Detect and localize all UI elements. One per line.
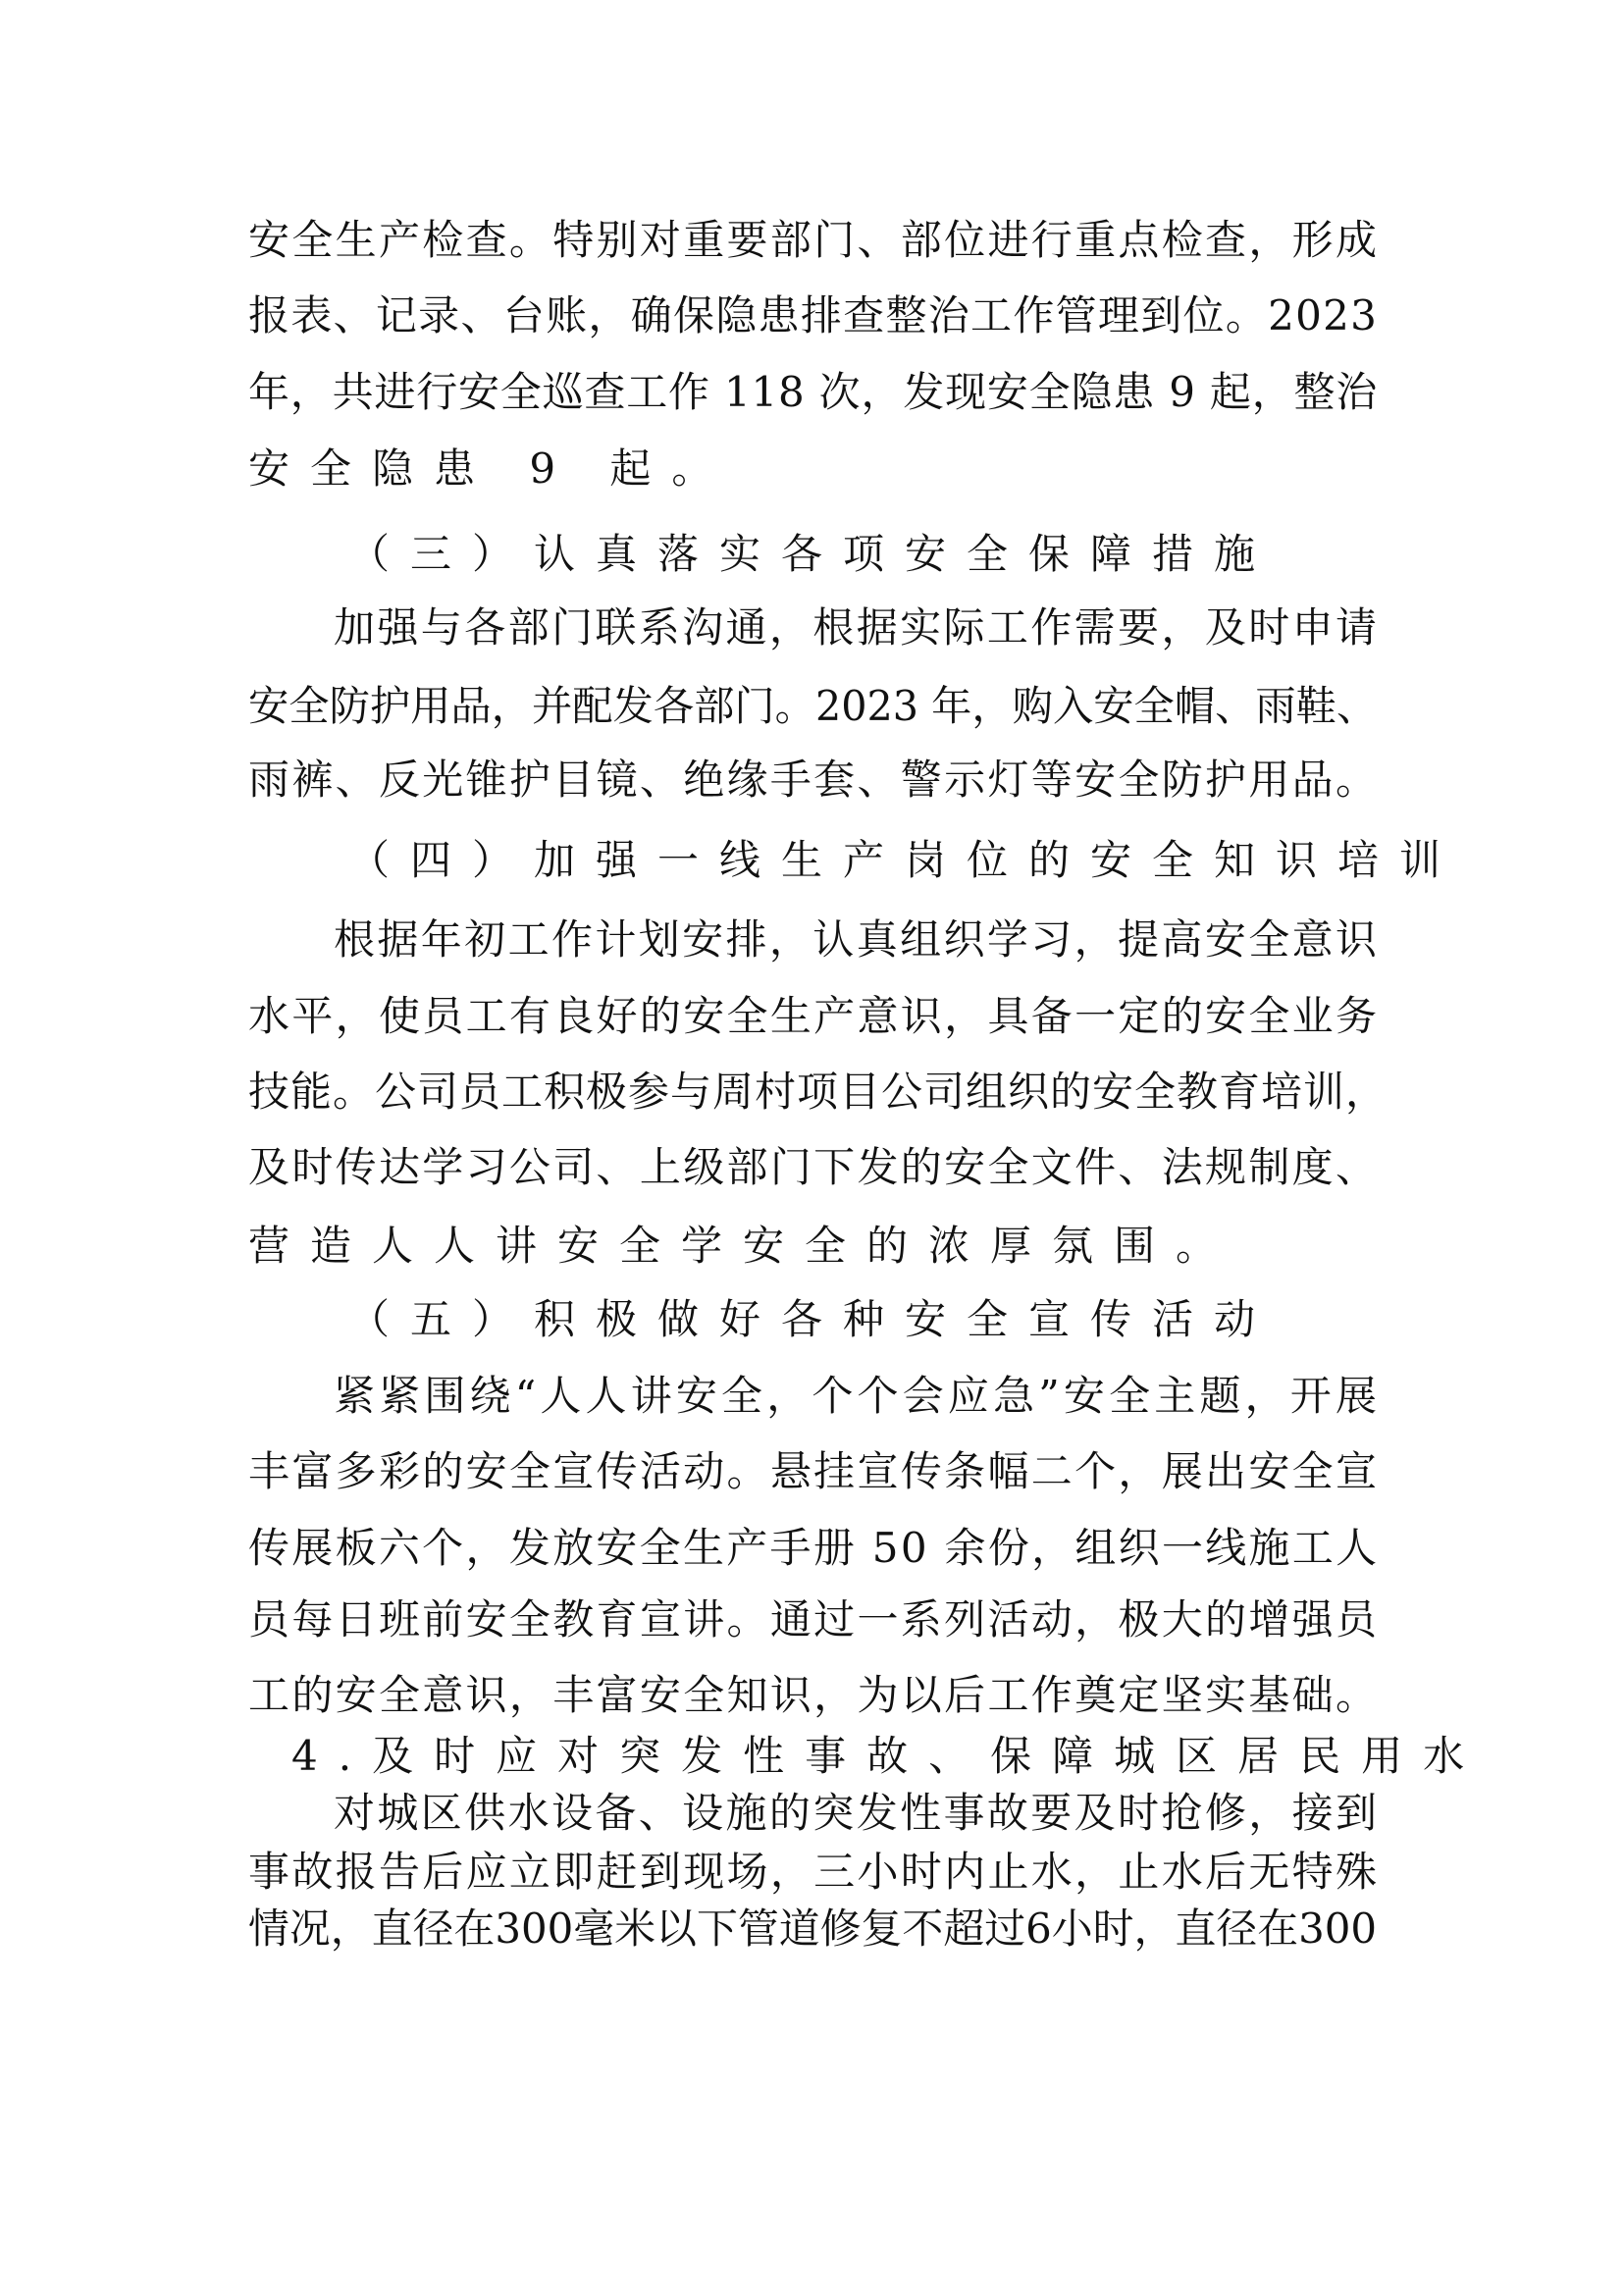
text-line: 事故报告后应立即赶到现场，三小时内止水，止水后无特殊 xyxy=(248,1848,1379,1897)
text-line: 水平，使员工有良好的安全生产意识，具备一定的安全业务 xyxy=(248,992,1379,1041)
text-line: 安全生产检查。特别对重要部门、部位进行重点检查，形成 xyxy=(248,216,1379,265)
text-line: 技能。公司员工积极参与周村项目公司组织的安全教育培训， xyxy=(248,1068,1388,1117)
section-heading: （四）加强一线生产岗位的安全知识培训 xyxy=(348,836,1461,885)
section-heading: （三）认真落实各项安全保障措施 xyxy=(348,530,1276,579)
text-line: 对城区供水设备、设施的突发性事故要及时抢修，接到 xyxy=(334,1789,1379,1838)
text-line: 安全隐患 9 起。 xyxy=(248,444,733,494)
text-line: 员每日班前安全教育宣讲。通过一系列活动，极大的增强员 xyxy=(248,1595,1379,1644)
text-line: 传展板六个，发放安全生产手册 50 余份，组织一线施工人 xyxy=(248,1524,1379,1573)
text-line: 紧紧围绕“人人讲安全，个个会应急”安全主题，开展 xyxy=(334,1372,1381,1421)
text-line: 报表、记录、台账，确保隐患排查整治工作管理到位。2023 xyxy=(248,291,1378,340)
text-line: 工的安全意识，丰富安全知识，为以后工作奠定坚实基础。 xyxy=(248,1671,1379,1720)
text-line: 雨裤、反光锥护目镜、绝缘手套、警示灯等安全防护用品。 xyxy=(248,756,1379,805)
text-line: 情况，直径在300毫米以下管道修复不超过6小时，直径在300 xyxy=(248,1904,1377,1954)
text-line: 加强与各部门联系沟通，根据实际工作需要，及时申请 xyxy=(334,603,1379,652)
text-line: 丰富多彩的安全宣传活动。悬挂宣传条幅二个，展出安全宣 xyxy=(248,1447,1379,1496)
text-line: 年，共进行安全巡查工作 118 次，发现安全隐患 9 起，整治 xyxy=(248,368,1378,417)
text-line: 营造人人讲安全学安全的浓厚氛围。 xyxy=(248,1222,1237,1271)
text-line: 根据年初工作计划安排，认真组织学习，提高安全意识 xyxy=(334,915,1379,965)
text-line: 及时传达学习公司、上级部门下发的安全文件、法规制度、 xyxy=(248,1143,1379,1192)
document-page: 安全生产检查。特别对重要部门、部位进行重点检查，形成 报表、记录、台账，确保隐患… xyxy=(0,0,1624,2295)
section-heading: （五）积极做好各种安全宣传活动 xyxy=(348,1295,1276,1344)
text-line: 安全防护用品，并配发各部门。2023 年，购入安全帽、雨鞋、 xyxy=(248,682,1377,731)
numbered-heading: 4.及时应对突发性事故、保障城区居民用水 xyxy=(291,1732,1485,1781)
